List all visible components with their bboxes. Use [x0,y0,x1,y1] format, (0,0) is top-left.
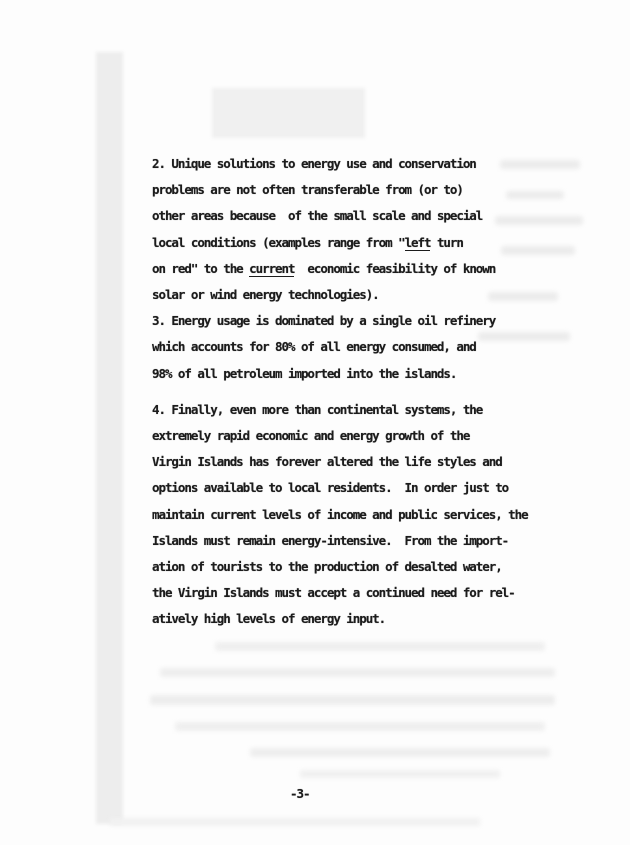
document-body: 2. Unique solutions to energy use and co… [152,151,572,633]
page-edge-shadow-bottom [110,818,480,826]
underlined-text: current [249,261,294,278]
text-line: ation of tourists to the production of d… [152,554,572,580]
text-line: solar or wind energy technologies). [152,282,572,308]
text-line: problems are not often transferable from… [152,177,572,203]
text-line: 2. Unique solutions to energy use and co… [152,151,572,177]
text-segment: problems are not often transferable from… [152,182,463,197]
text-line: other areas because of the small scale a… [152,203,572,229]
text-line: the Virgin Islands must accept a continu… [152,580,572,606]
scanned-document-page: 2. Unique solutions to energy use and co… [0,0,630,845]
bleedthrough-smudge [215,642,545,651]
text-segment: solar or wind energy technologies). [152,287,379,302]
text-segment: other areas because of the small scale a… [152,208,482,223]
text-segment: Virgin Islands has forever altered the l… [152,454,502,469]
text-segment: options available to local residents. In… [152,480,508,495]
bleedthrough-smudge [150,695,555,705]
text-line: local conditions (examples range from "l… [152,230,572,256]
paragraph-2: 2. Unique solutions to energy use and co… [152,151,572,308]
bleedthrough-smudge [300,770,500,778]
text-segment: extremely rapid economic and energy grow… [152,428,469,443]
text-segment: on red" to the [152,261,249,276]
text-segment: ation of tourists to the production of d… [152,559,502,574]
text-segment: atively high levels of energy input. [152,611,385,626]
bleedthrough-smudge [250,748,550,757]
text-segment: Islands must remain energy-intensive. Fr… [152,533,508,548]
text-line: 4. Finally, even more than continental s… [152,397,572,423]
text-segment: 4. Finally, even more than continental s… [152,402,482,417]
text-segment: 98% of all petroleum imported into the i… [152,366,456,381]
text-segment: maintain current levels of income and pu… [152,507,528,522]
page-number: -3- [290,786,310,801]
text-segment: economic feasibility of known [294,261,495,276]
text-line: 98% of all petroleum imported into the i… [152,361,572,387]
page-edge-shadow-left [96,52,123,824]
text-segment: 2. Unique solutions to energy use and co… [152,156,476,171]
text-segment: turn [430,235,462,250]
text-line: options available to local residents. In… [152,475,572,501]
text-line: maintain current levels of income and pu… [152,502,572,528]
text-line: Virgin Islands has forever altered the l… [152,449,572,475]
bleedthrough-smudge [160,668,555,677]
text-line: atively high levels of energy input. [152,606,572,632]
text-segment: 3. Energy usage is dominated by a single… [152,313,495,328]
text-segment: local conditions (examples range from " [152,235,405,250]
text-line: on red" to the current economic feasibil… [152,256,572,282]
text-segment: the Virgin Islands must accept a continu… [152,585,515,600]
text-line: 3. Energy usage is dominated by a single… [152,308,572,334]
text-line: extremely rapid economic and energy grow… [152,423,572,449]
paragraph-4: 4. Finally, even more than continental s… [152,397,572,633]
text-line: which accounts for 80% of all energy con… [152,334,572,360]
paragraph-3: 3. Energy usage is dominated by a single… [152,308,572,387]
bleedthrough-smudge [175,722,545,731]
correction-patch [212,88,365,138]
underlined-text: left [405,235,431,252]
text-line: Islands must remain energy-intensive. Fr… [152,528,572,554]
text-segment: which accounts for 80% of all energy con… [152,339,476,354]
